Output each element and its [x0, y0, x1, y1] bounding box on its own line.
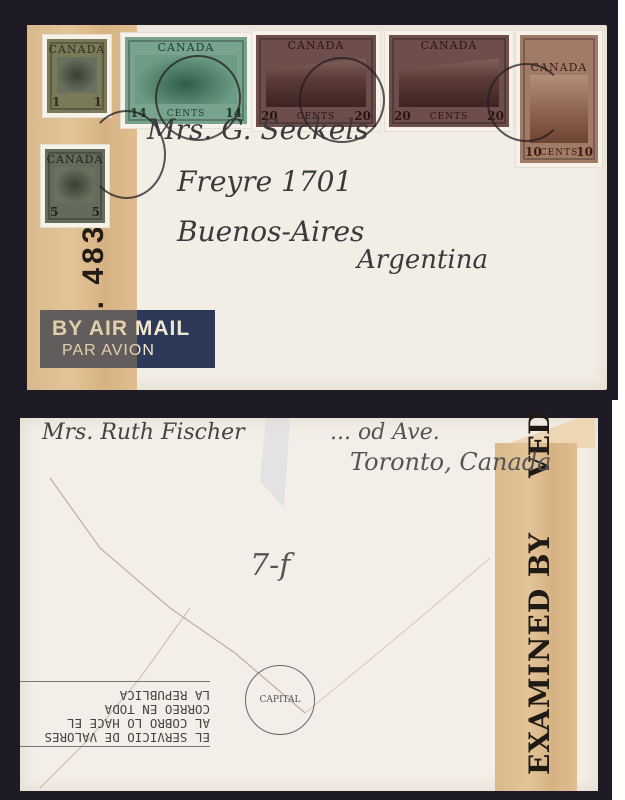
sender-name: Mrs. Ruth Fischer [42, 420, 245, 445]
stamp-value: 5 [92, 205, 100, 219]
stamp-country: CANADA [47, 43, 107, 56]
address-line: Argentina [357, 245, 488, 275]
address-line: Mrs. G. Seckels [147, 113, 369, 146]
slogan-cancel: EL SERVICIO DE VALORES AL COBRO LO HACE … [20, 681, 210, 747]
stamp-country: CANADA [256, 39, 376, 52]
front-panel: 483 C. 483 CANADA 1 1 CANADA 5 5 CANADA … [0, 0, 618, 400]
slogan-line: EL SERVICIO DE VALORES [20, 730, 210, 744]
address-line: Buenos-Aires [177, 215, 364, 248]
stamp-value: 1 [94, 95, 102, 109]
examined-by-text: EXAMINED BY [523, 532, 556, 775]
stamp-value: 10 [576, 145, 593, 159]
postmark-cancel [487, 63, 566, 142]
slogan-line: AL COBRO LO HACE EL [20, 716, 210, 730]
stamp-country: CANADA [389, 39, 509, 52]
envelope-front: 483 C. 483 CANADA 1 1 CANADA 5 5 CANADA … [27, 25, 607, 390]
sender-street: ... od Ave. [330, 420, 440, 445]
king-portrait-icon [57, 57, 97, 93]
tape-overlay [40, 310, 137, 368]
stamp-1-cent: CANADA 1 1 [43, 35, 111, 117]
stamp-value: 5 [50, 205, 58, 219]
back-panel: VED EXAMINED BY Mrs. Ruth Fischer ... od… [0, 400, 612, 800]
pencil-note: 7-f [250, 548, 290, 583]
slogan-line: LA REPUBLICA [20, 688, 210, 702]
envelope-back: VED EXAMINED BY Mrs. Ruth Fischer ... od… [20, 418, 598, 791]
slogan-line: CORREO EN TODA [20, 702, 210, 716]
stamp-value: 1 [52, 95, 60, 109]
torn-flap [260, 418, 290, 508]
stamp-country: CANADA [125, 41, 247, 54]
address-line: Freyre 1701 [177, 165, 352, 198]
receiving-postmark: CAPITAL [245, 665, 315, 735]
sender-city: Toronto, Canada [350, 448, 551, 476]
king-portrait-icon [55, 167, 95, 203]
